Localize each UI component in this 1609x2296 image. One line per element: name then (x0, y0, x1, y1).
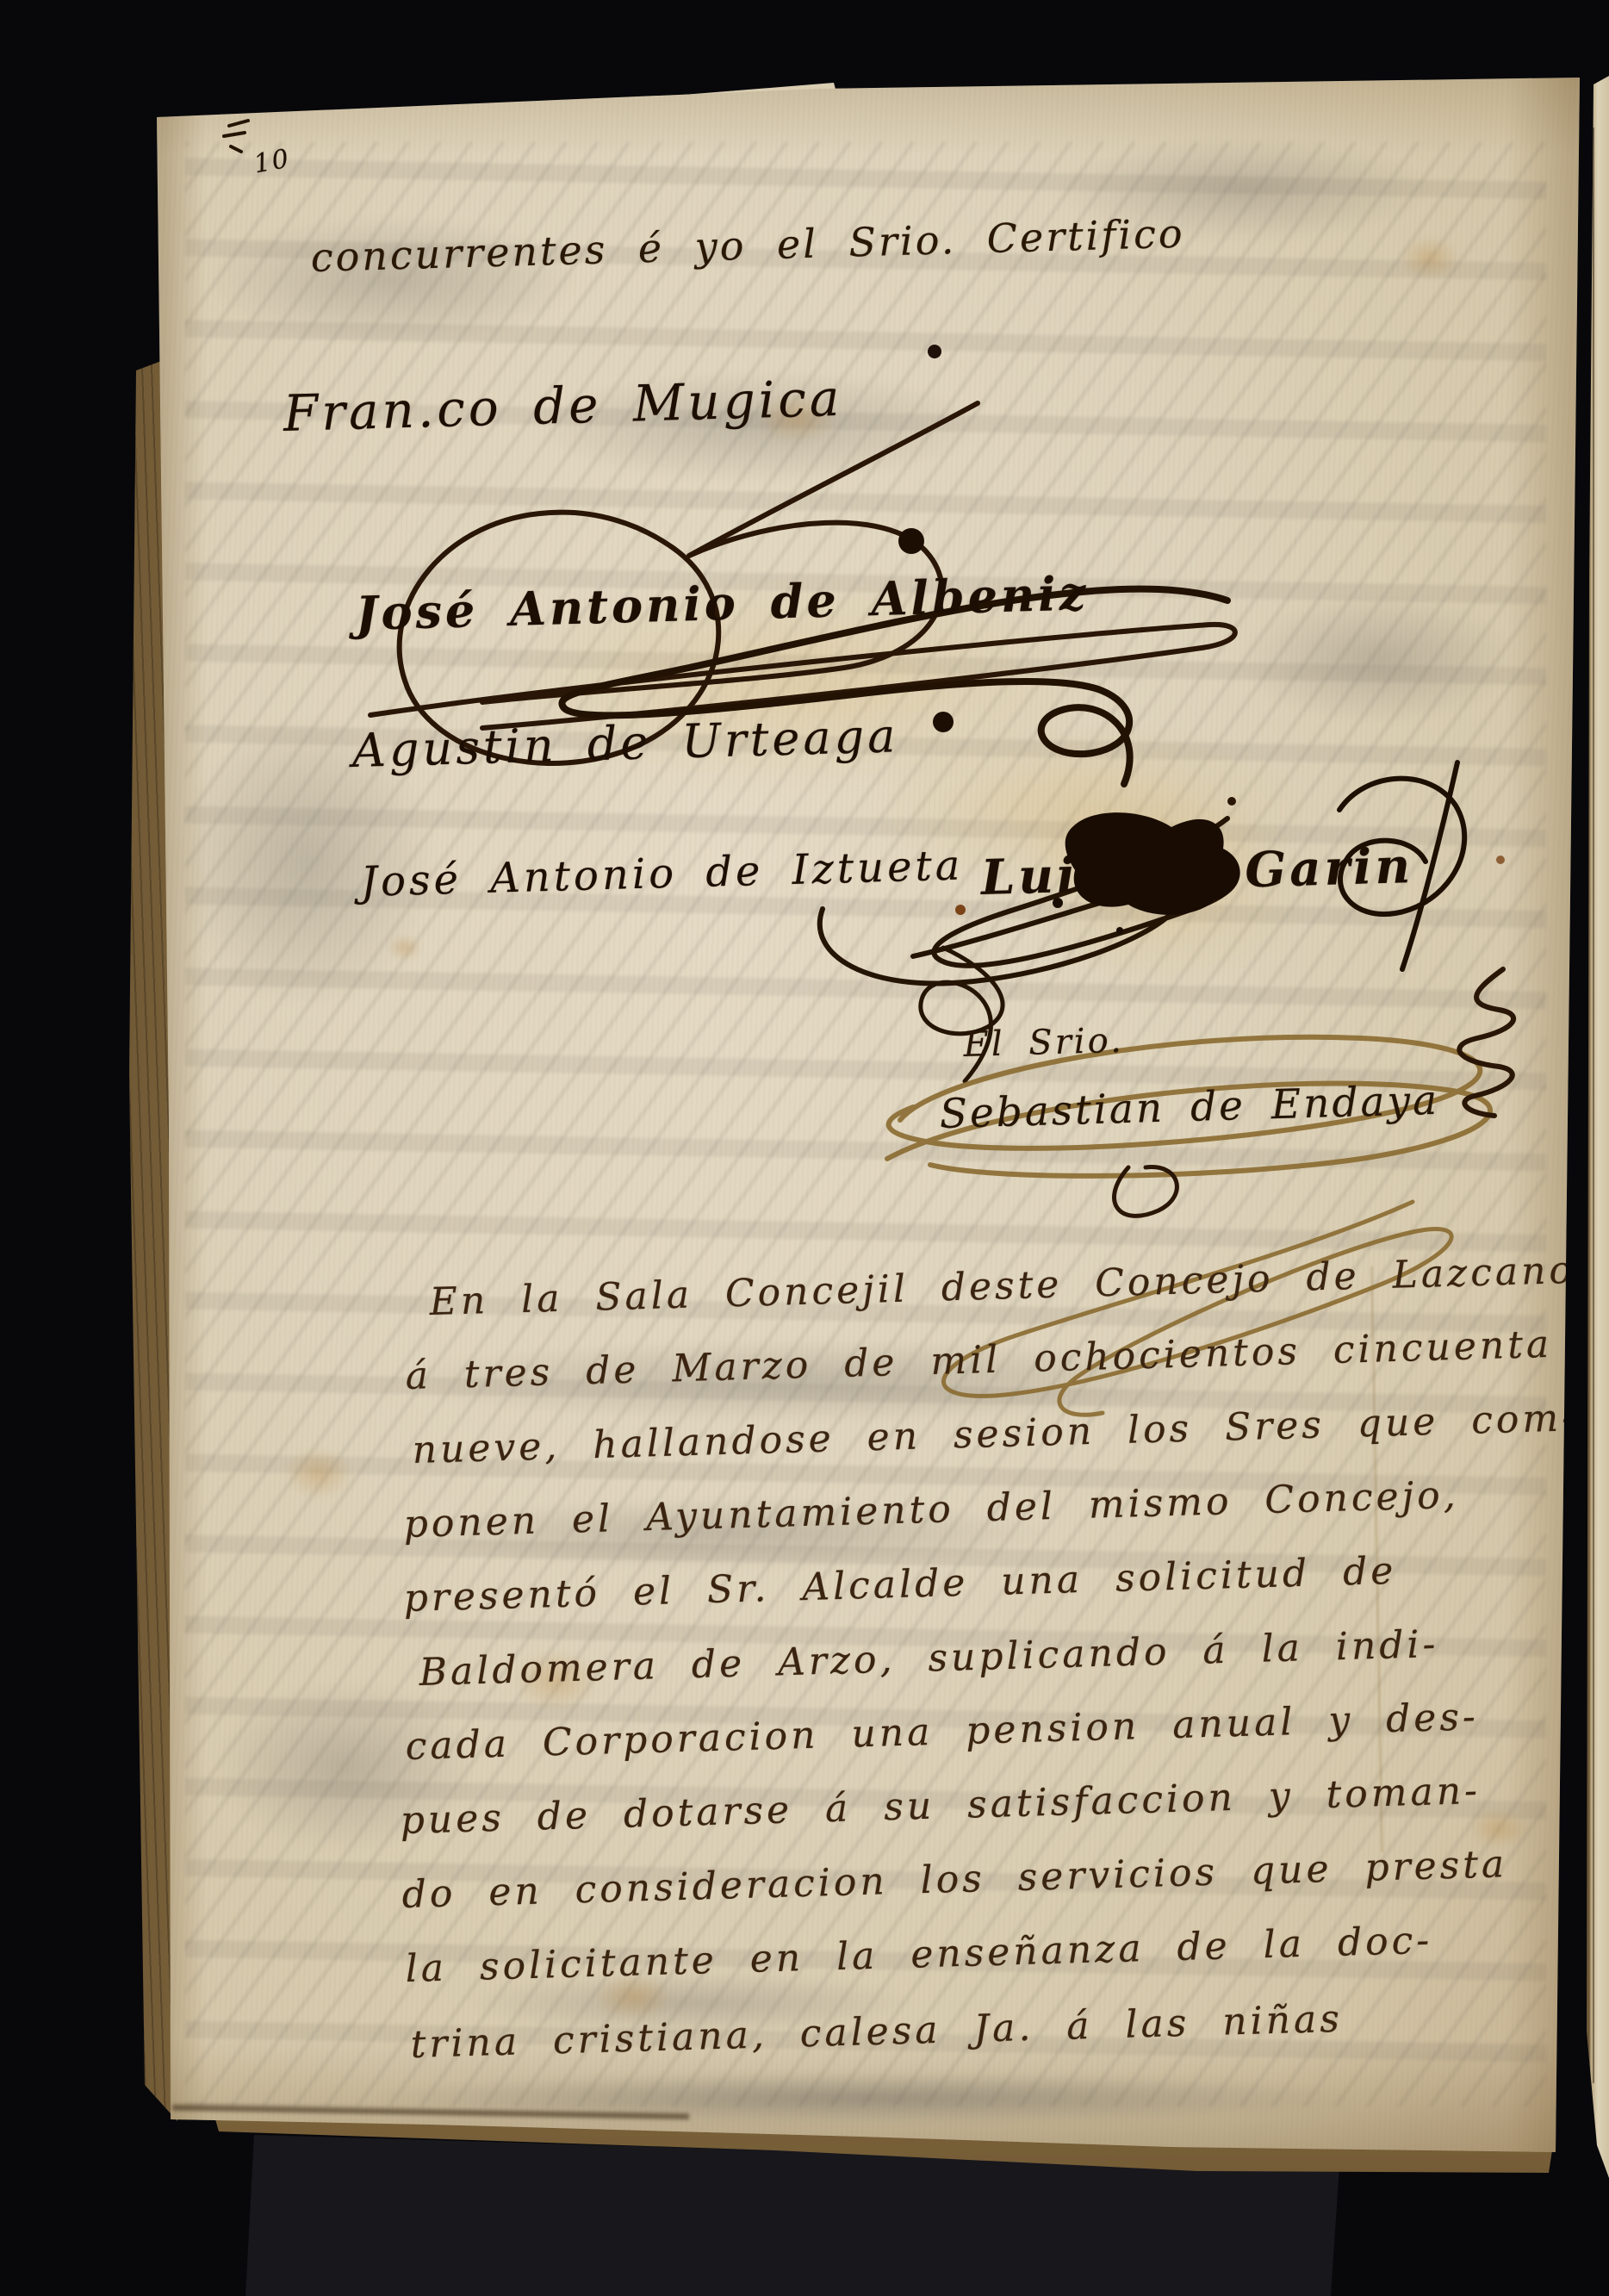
ink-splatter (1227, 797, 1236, 806)
rust-spot (1496, 856, 1505, 864)
manuscript-page: 10 concurrentes é yo el Srio. Certifico … (0, 0, 1609, 2296)
ink-splatter (1116, 927, 1123, 934)
ink-spot (933, 712, 954, 732)
manuscript-scan: 10 concurrentes é yo el Srio. Certifico … (0, 0, 1609, 2296)
ink-blots (0, 0, 1609, 2296)
ink-splatter (1053, 898, 1063, 908)
ink-spot (898, 528, 924, 554)
rust-spot (955, 905, 966, 915)
facing-page-edge (1587, 76, 1609, 2178)
garin-ink-blot (1065, 812, 1240, 915)
ink-spot (928, 345, 941, 358)
margin-speck-marks (224, 121, 248, 152)
